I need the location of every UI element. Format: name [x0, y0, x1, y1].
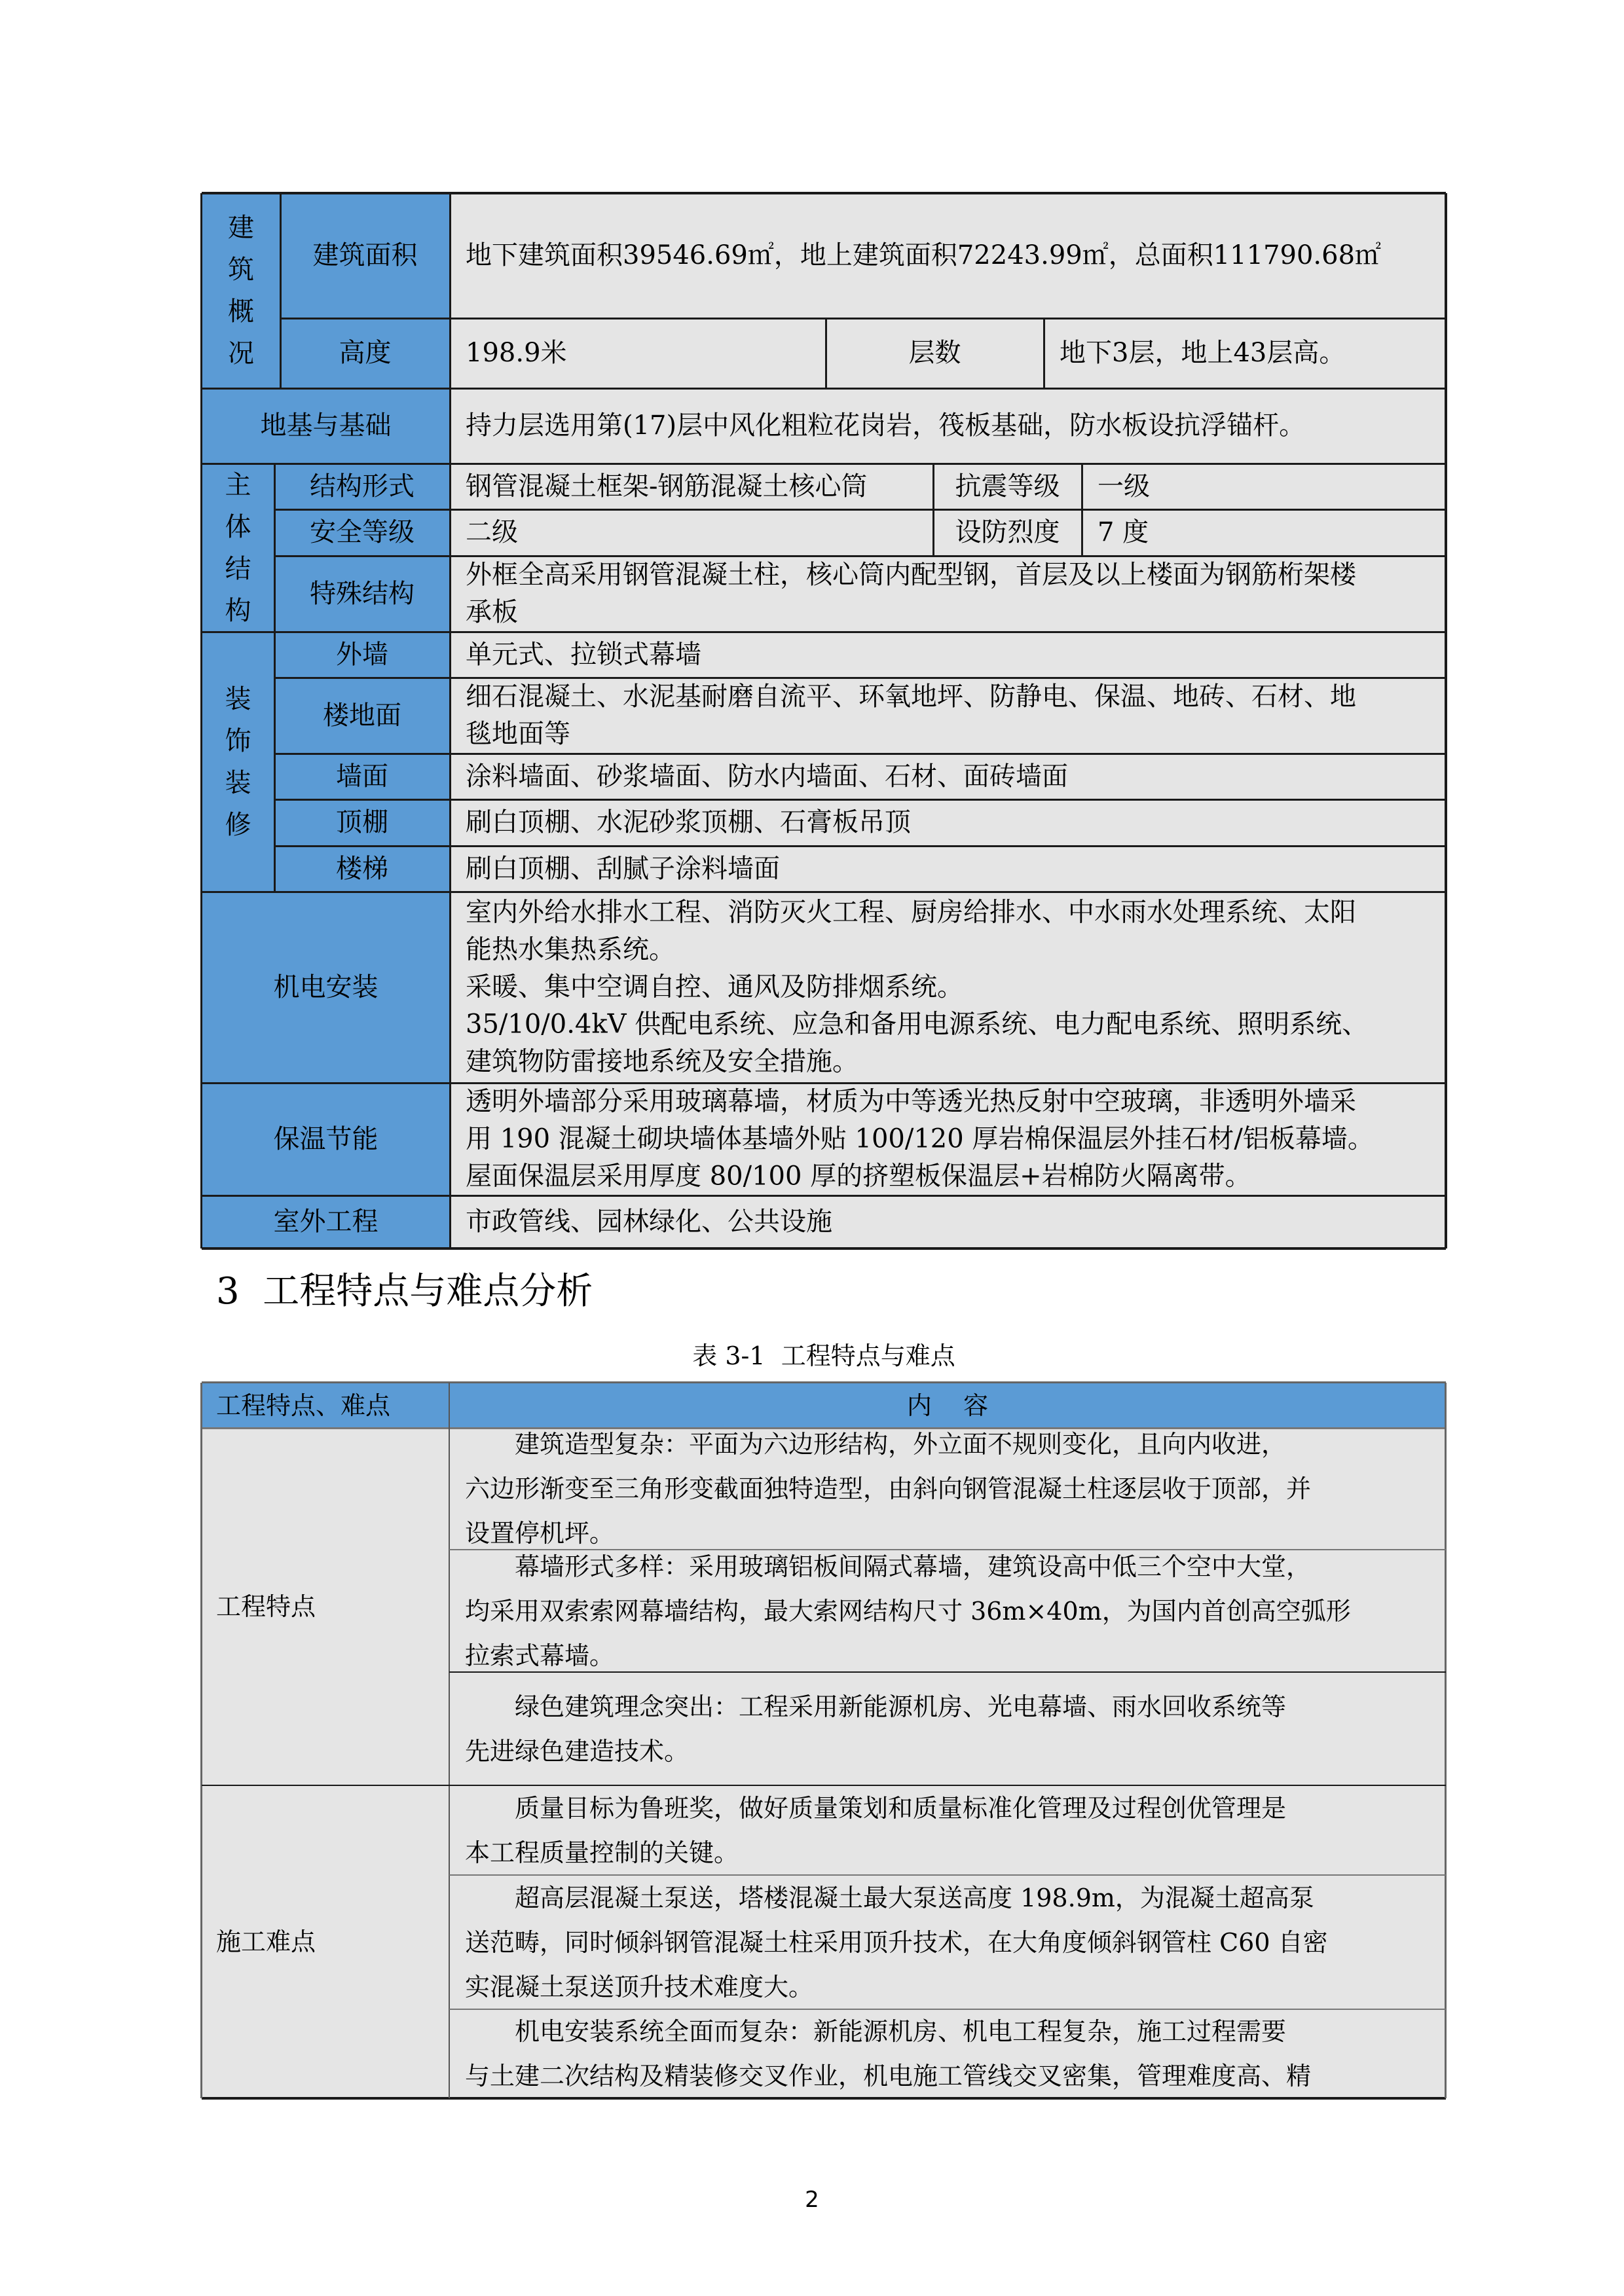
- text-line: 承板: [466, 594, 1434, 631]
- text-line: 实混凝土泵送顶升技术难度大。: [465, 1965, 1434, 2009]
- border: [200, 193, 202, 1248]
- special-structure-value: 外框全高采用钢管混凝土柱，核心筒内配型钢，首层及以上楼面为钢筋桁架楼 承板: [450, 556, 1446, 632]
- border: [1043, 318, 1045, 388]
- seismic-grade-value: 一级: [1082, 464, 1446, 509]
- group-char: 结: [225, 548, 251, 590]
- ceiling-label: 顶棚: [274, 799, 450, 846]
- border: [274, 799, 1446, 801]
- floor-label: 楼地面: [274, 678, 450, 754]
- group-features-label: 工程特点: [202, 1428, 449, 1785]
- border: [200, 1383, 202, 2098]
- structure-form-label: 结构形式: [274, 464, 450, 509]
- border: [202, 2097, 1446, 2100]
- text-line: 采暖、集中空调自控、通风及防排烟系统。: [466, 969, 1434, 1006]
- text-line: 六边形渐变至三角形变截面独特造型，由斜向钢管混凝土柱逐层收于顶部，并: [465, 1467, 1434, 1511]
- border: [825, 318, 827, 388]
- border: [274, 677, 1446, 679]
- text-line: 质量目标为鲁班奖，做好质量策划和质量标准化管理及过程创优管理是: [465, 1786, 1434, 1831]
- group-char: 况: [228, 333, 254, 374]
- border: [274, 555, 1446, 557]
- text-line: 本工程质量控制的关键。: [465, 1831, 1434, 1875]
- wall-surface-value: 涂料墙面、砂浆墙面、防水内墙面、石材、面砖墙面: [450, 754, 1446, 799]
- group-char: 饰: [225, 720, 251, 762]
- text-line: 绿色建筑理念突出：工程采用新能源机房、光电幕墙、雨水回收系统等: [465, 1685, 1434, 1729]
- border: [449, 1671, 1446, 1673]
- feature-item: 绿色建筑理念突出：工程采用新能源机房、光电幕墙、雨水回收系统等 先进绿色建造技术…: [449, 1672, 1446, 1785]
- section-heading: 3 工程特点与难点分析: [216, 1269, 593, 1315]
- difficulty-item: 超高层混凝土泵送，塔楼混凝土最大泵送高度 198.9m，为混凝土超高泵 送范畴，…: [449, 1875, 1446, 2009]
- border: [202, 192, 1446, 194]
- outdoor-value: 市政管线、园林绿化、公共设施: [450, 1195, 1446, 1248]
- border: [202, 1785, 1446, 1786]
- area-value: 地下建筑面积39546.69㎡，地上建筑面积72243.99㎡，总面积11179…: [450, 193, 1446, 318]
- insulation-label: 保温节能: [202, 1083, 450, 1195]
- header-col-features: 工程特点、难点: [202, 1383, 449, 1428]
- border: [280, 318, 1446, 319]
- border: [202, 1195, 1446, 1197]
- stairs-label: 楼梯: [274, 846, 450, 892]
- overview-table: 建 筑 概 况 建筑面积 地下建筑面积39546.69㎡，地上建筑面积72243…: [202, 193, 1446, 1248]
- floors-label: 层数: [826, 318, 1044, 388]
- text-line: 屋面保温层采用厚度 80/100 厚的挤塑板保温层+岩棉防火隔离带。: [466, 1158, 1434, 1195]
- text-line: 送范畴，同时倾斜钢管混凝土柱采用顶升技术，在大角度倾斜钢管柱 C60 自密: [465, 1920, 1434, 1965]
- border: [202, 1082, 1446, 1084]
- border: [1445, 193, 1447, 1248]
- features-table: 工程特点、难点 内 容 工程特点 建筑造型复杂：平面为六边形结构，外立面不规则变…: [202, 1383, 1446, 2098]
- wall-surface-label: 墙面: [274, 754, 450, 799]
- difficulty-item: 机电安装系统全面而复杂：新能源机房、机电工程复杂，施工过程需要 与土建二次结构及…: [449, 2009, 1446, 2098]
- border: [449, 1383, 450, 2098]
- border: [202, 891, 1446, 893]
- border: [449, 2009, 1446, 2010]
- text-line: 35/10/0.4kV 供配电系统、应急和备用电源系统、电力配电系统、照明系统、: [466, 1006, 1434, 1044]
- group-char: 概: [228, 291, 254, 333]
- fortification-label: 设防烈度: [933, 509, 1082, 556]
- border: [202, 1381, 1446, 1383]
- border: [202, 1247, 1446, 1250]
- border: [449, 1549, 1446, 1550]
- text-line: 透明外墙部分采用玻璃幕墙，材质为中等透光热反射中空玻璃，非透明外墙采: [466, 1084, 1434, 1121]
- group-char: 体: [225, 506, 251, 548]
- mep-value: 室内外给水排水工程、消防灭火工程、厨房给排水、中水雨水处理系统、太阳 能热水集热…: [450, 892, 1446, 1083]
- group-char: 装: [225, 678, 251, 720]
- text-line: 能热水集热系统。: [466, 932, 1434, 969]
- border: [202, 631, 1446, 633]
- height-value: 198.9米: [450, 318, 826, 388]
- floors-value: 地下3层，地上43层高。: [1044, 318, 1446, 388]
- border: [202, 1427, 1446, 1429]
- outdoor-label: 室外工程: [202, 1195, 450, 1248]
- text-line: 超高层混凝土泵送，塔楼混凝土最大泵送高度 198.9m，为混凝土超高泵: [465, 1876, 1434, 1920]
- feature-item: 幕墙形式多样：采用玻璃铝板间隔式幕墙，建筑设高中低三个空中大堂， 均采用双索索网…: [449, 1550, 1446, 1672]
- table-caption: 表 3-1 工程特点与难点: [202, 1339, 1446, 1372]
- text-line: 毯地面等: [466, 716, 1434, 753]
- safety-grade-value: 二级: [450, 509, 933, 556]
- special-structure-label: 特殊结构: [274, 556, 450, 632]
- group-char: 建: [228, 207, 254, 249]
- border: [202, 388, 1446, 390]
- group-building-overview: 建 筑 概 况: [202, 193, 280, 388]
- fortification-value: 7 度: [1082, 509, 1446, 556]
- border: [202, 463, 1446, 465]
- text-line: 建筑物防雷接地系统及安全措施。: [466, 1044, 1434, 1081]
- border: [280, 193, 282, 388]
- exterior-wall-value: 单元式、拉锁式幕墙: [450, 632, 1446, 678]
- height-label: 高度: [280, 318, 450, 388]
- feature-item: 建筑造型复杂：平面为六边形结构，外立面不规则变化，且向内收进， 六边形渐变至三角…: [449, 1428, 1446, 1550]
- border: [274, 509, 1446, 511]
- border: [274, 753, 1446, 755]
- text-line: 幕墙形式多样：采用玻璃铝板间隔式幕墙，建筑设高中低三个空中大堂，: [465, 1544, 1434, 1589]
- seismic-grade-label: 抗震等级: [933, 464, 1082, 509]
- group-char: 装: [225, 762, 251, 804]
- border: [1445, 1383, 1447, 2098]
- group-char: 主: [225, 464, 251, 506]
- group-difficulties-label: 施工难点: [202, 1785, 449, 2098]
- insulation-value: 透明外墙部分采用玻璃幕墙，材质为中等透光热反射中空玻璃，非透明外墙采 用 190…: [450, 1083, 1446, 1195]
- group-decoration: 装 饰 装 修: [202, 632, 274, 892]
- foundation-value: 持力层选用第(17)层中风化粗粒花岗岩，筏板基础，防水板设抗浮锚杆。: [450, 388, 1446, 464]
- group-char: 筑: [228, 249, 254, 291]
- mep-label: 机电安装: [202, 892, 450, 1083]
- text-line: 先进绿色建造技术。: [465, 1729, 1434, 1774]
- text-line: 用 190 混凝土砌块墙体基墙外贴 100/120 厚岩棉保温层外挂石材/铝板幕…: [466, 1121, 1434, 1158]
- stairs-value: 刷白顶棚、刮腻子涂料墙面: [450, 846, 1446, 892]
- text-line: 均采用双索索网幕墙结构，最大索网结构尺寸 36m×40m，为国内首创高空弧形: [465, 1589, 1434, 1633]
- foundation-label: 地基与基础: [202, 388, 450, 464]
- text-line: 外框全高采用钢管混凝土柱，核心筒内配型钢，首层及以上楼面为钢筋桁架楼: [466, 556, 1434, 594]
- text-line: 机电安装系统全面而复杂：新能源机房、机电工程复杂，施工过程需要: [465, 2009, 1434, 2054]
- ceiling-value: 刷白顶棚、水泥砂浆顶棚、石膏板吊顶: [450, 799, 1446, 846]
- border: [449, 193, 451, 1248]
- group-main-structure: 主 体 结 构: [202, 464, 274, 632]
- text-line: 室内外给水排水工程、消防灭火工程、厨房给排水、中水雨水处理系统、太阳: [466, 894, 1434, 932]
- group-char: 构: [225, 590, 251, 632]
- safety-grade-label: 安全等级: [274, 509, 450, 556]
- group-char: 修: [225, 804, 251, 846]
- header-col-content: 内 容: [449, 1383, 1446, 1428]
- border: [449, 1874, 1446, 1876]
- text-line: 细石混凝土、水泥基耐磨自流平、环氧地坪、防静电、保温、地砖、石材、地: [466, 678, 1434, 716]
- page-number: 2: [779, 2187, 845, 2213]
- difficulty-item: 质量目标为鲁班奖，做好质量策划和质量标准化管理及过程创优管理是 本工程质量控制的…: [449, 1785, 1446, 1875]
- border: [274, 845, 1446, 847]
- structure-form-value: 钢管混凝土框架-钢筋混凝土核心筒: [450, 464, 933, 509]
- area-label: 建筑面积: [280, 193, 450, 318]
- text-line: 与土建二次结构及精装修交叉作业，机电施工管线交叉密集，管理难度高、精: [465, 2054, 1434, 2098]
- floor-value: 细石混凝土、水泥基耐磨自流平、环氧地坪、防静电、保温、地砖、石材、地 毯地面等: [450, 678, 1446, 754]
- exterior-wall-label: 外墙: [274, 632, 450, 678]
